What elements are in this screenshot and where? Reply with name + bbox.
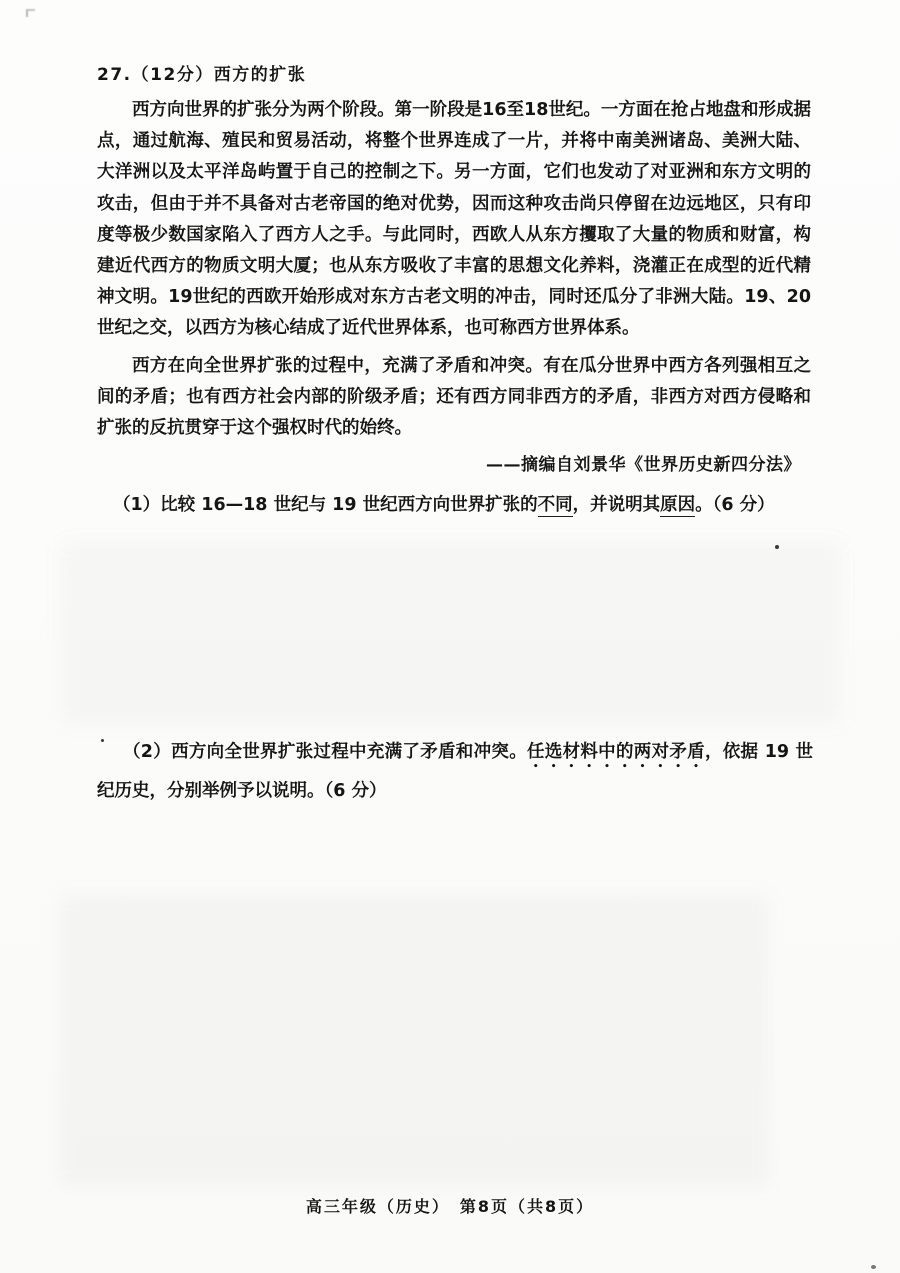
- question-title: 27.（12分）西方的扩张: [97, 60, 306, 85]
- material-paragraph-2: 西方在向全世界扩张的过程中，充满了矛盾和冲突。有在瓜分世界中西方各列强相互之间的…: [97, 351, 811, 445]
- answer-space-1: [62, 543, 840, 723]
- sub-question-2: （2）西方向全世界扩张过程中充满了矛盾和冲突。任选材料中的两对矛盾，依据 19 …: [97, 733, 813, 810]
- q1-text-start: （1）比较 16—18 世纪与 19 世纪西方向世界扩张的: [113, 495, 538, 515]
- source-citation: ——摘编自刘景华《世界历史新四分法》: [97, 450, 811, 481]
- q1-keyword-reason: 原因: [660, 495, 695, 517]
- material-block: 西方向世界的扩张分为两个阶段。第一阶段是16至18世纪。一方面在抢占地盘和形成据…: [97, 95, 811, 520]
- q1-keyword-difference: 不同: [538, 495, 573, 517]
- sub-question-1: （1）比较 16—18 世纪与 19 世纪西方向世界扩张的不同，并说明其原因。（…: [97, 490, 811, 520]
- exam-page: 27.（12分）西方的扩张 西方向世界的扩张分为两个阶段。第一阶段是16至18世…: [0, 0, 900, 1273]
- q1-text-middle: ，并说明其: [573, 495, 661, 515]
- scan-speck: [871, 1265, 876, 1269]
- scan-speck: [101, 739, 104, 742]
- q2-keyword-emphasis: 任选材料中的两对矛盾: [527, 742, 705, 762]
- answer-space-2: [60, 896, 768, 1186]
- scan-speck: [775, 545, 779, 549]
- q2-text-start: （2）西方向全世界扩张过程中充满了矛盾和冲突。: [123, 742, 527, 762]
- page-footer: 高三年级（历史） 第8页（共8页）: [0, 1194, 900, 1217]
- q1-text-end: 。（6 分）: [695, 495, 775, 515]
- scan-corner-artifact: [26, 9, 35, 17]
- material-paragraph-1: 西方向世界的扩张分为两个阶段。第一阶段是16至18世纪。一方面在抢占地盘和形成据…: [97, 95, 811, 345]
